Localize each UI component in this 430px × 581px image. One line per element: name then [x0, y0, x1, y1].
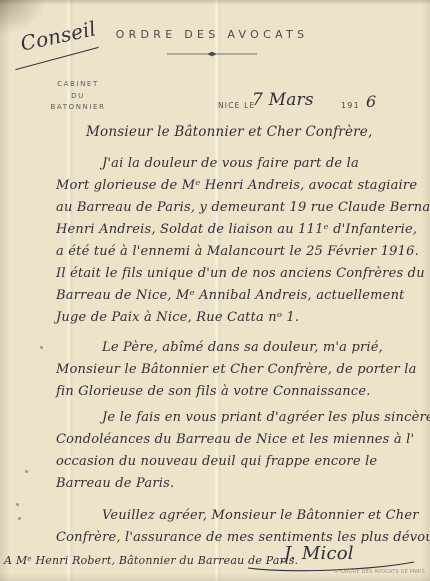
- place-date-label: NICE LE: [218, 101, 256, 110]
- letter-line: Monsieur le Bâtonnier et Cher Confrère, …: [56, 359, 426, 381]
- archive-credit: © ORDRE DES AVOCATS DE PARIS: [334, 569, 425, 575]
- letter-line: J'ai la douleur de vous faire part de la: [56, 153, 426, 175]
- addressee-note: A Mᵉ Henri Robert, Bâtonnier du Barreau …: [4, 554, 298, 567]
- office-line: DU: [30, 91, 126, 103]
- letter-line: au Barreau de Paris, y demeurant 19 rue …: [56, 197, 426, 219]
- letter-line: fin Glorieuse de son fils à votre Connai…: [56, 381, 426, 403]
- scanned-letter-page: Conseil ORDRE DES AVOCATS CABINET DU BAT…: [0, 0, 430, 581]
- letter-line: Confrère, l'assurance de mes sentiments …: [56, 527, 426, 549]
- paper-blemish: [25, 470, 28, 473]
- letter-line: Le Père, abîmé dans sa douleur, m'a prié…: [56, 337, 426, 359]
- letterhead-title: ORDRE DES AVOCATS: [92, 28, 332, 41]
- office-line: CABINET: [30, 79, 126, 91]
- letter-line: Juge de Paix à Nice, Rue Catta nᵒ 1.: [56, 307, 426, 329]
- paper-blemish: [16, 503, 19, 506]
- letter-body: J'ai la douleur de vous faire part de la…: [56, 153, 426, 549]
- letter-line: Mort glorieuse de Mᵉ Henri Andreis, avoc…: [56, 175, 426, 197]
- letter-line: Je le fais en vous priant d'agréer les p…: [56, 407, 426, 429]
- office-line: BATONNIER: [30, 102, 126, 114]
- letter-line: Barreau de Paris.: [56, 473, 426, 495]
- letterhead-office-block: CABINET DU BATONNIER: [30, 79, 126, 114]
- letter-line: occasion du nouveau deuil qui frappe enc…: [56, 451, 426, 473]
- letter-line: Il était le fils unique d'un de nos anci…: [56, 263, 426, 285]
- letter-line: Barreau de Nice, Mᵉ Annibal Andreis, act…: [56, 285, 426, 307]
- paper-blemish: [18, 517, 21, 520]
- handwritten-year-digit: 6: [366, 92, 376, 111]
- header-divider-ornament-icon: [167, 50, 257, 58]
- salutation-line: Monsieur le Bâtonnier et Cher Confrère,: [86, 124, 372, 140]
- printed-year-prefix: 191: [341, 101, 360, 110]
- letter-line: Condoléances du Barreau de Nice et les m…: [56, 429, 426, 451]
- letter-line: Henri Andreis, Soldat de liaison au 111ᵉ…: [56, 219, 426, 241]
- letter-line: a été tué à l'ennemi à Malancourt le 25 …: [56, 241, 426, 263]
- paper-blemish: [40, 346, 43, 349]
- handwritten-date: 7 Mars: [252, 90, 314, 110]
- letter-line: Veuillez agréer, Monsieur le Bâtonnier e…: [56, 505, 426, 527]
